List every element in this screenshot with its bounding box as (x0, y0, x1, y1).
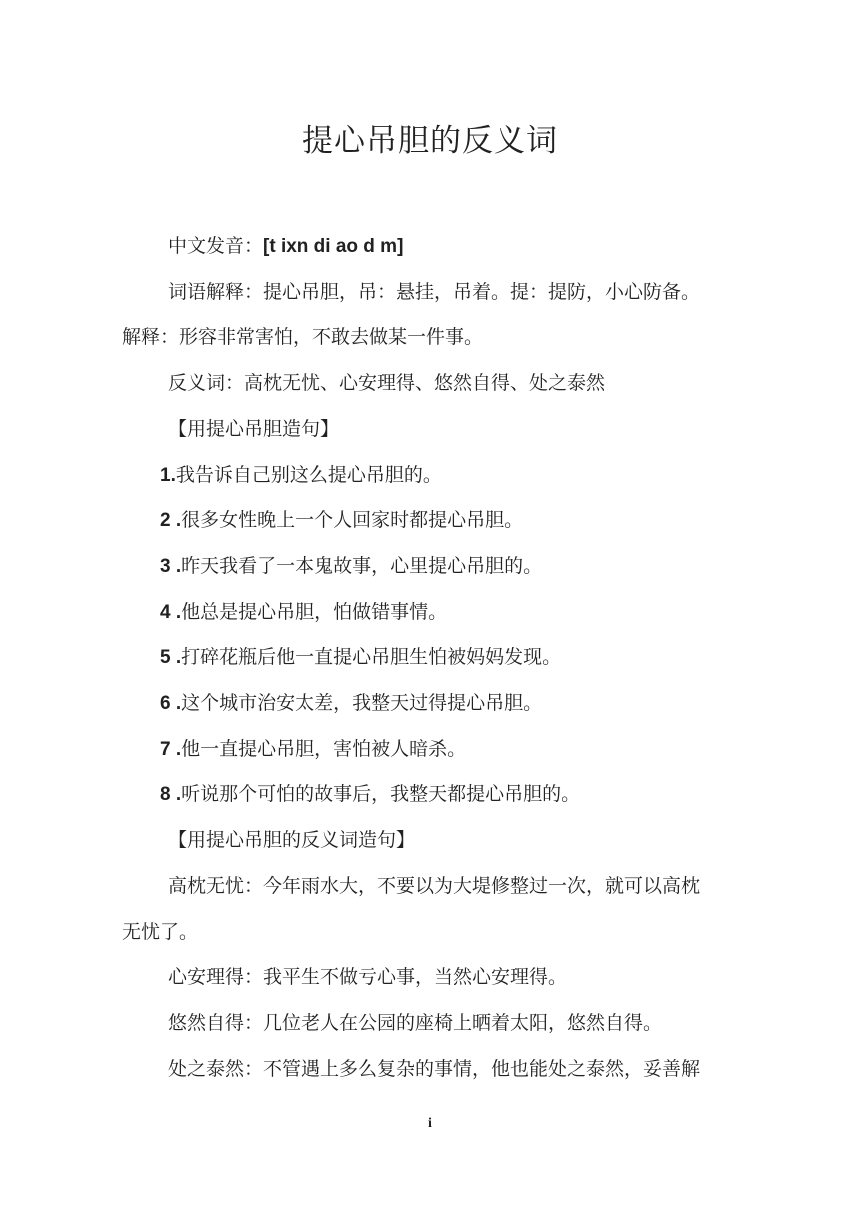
pronunciation-line: 中文发音：[t ixn di ao d m] (122, 224, 700, 270)
example-number: 6 . (160, 693, 181, 714)
antonym-sentence: 悠然自得：几位老人在公园的座椅上晒着太阳，悠然自得。 (122, 1001, 700, 1047)
example-number: 1. (160, 465, 176, 486)
pronunciation-label: 中文发音： (168, 236, 263, 257)
antonyms-line: 反义词：高枕无忧、心安理得、悠然自得、处之泰然 (122, 361, 700, 407)
example-sentence: 7 .他一直提心吊胆，害怕被人暗杀。 (122, 727, 700, 773)
example-sentence: 4 .他总是提心吊胆，怕做错事情。 (122, 590, 700, 636)
definition-paragraph: 词语解释：提心吊胆，吊：悬挂，吊着。提：提防，小心防备。 解释：形容非常害怕，不… (122, 270, 700, 361)
antonym-sentence: 心安理得：我平生不做亏心事，当然心安理得。 (122, 955, 700, 1001)
example-text: 他一直提心吊胆，害怕被人暗杀。 (181, 739, 466, 760)
antonym-sentence: 高枕无忧：今年雨水大，不要以为大堤修整过一次，就可以高枕 无忧了。 (122, 864, 700, 955)
example-text: 这个城市治安太差，我整天过得提心吊胆。 (181, 693, 542, 714)
antonym-sentence: 处之泰然：不管遇上多么复杂的事情，他也能处之泰然，妥善解 (122, 1047, 700, 1093)
section-heading-examples: 【用提心吊胆造句】 (122, 407, 700, 453)
example-sentence: 3 .昨天我看了一本鬼故事，心里提心吊胆的。 (122, 544, 700, 590)
document-body: 中文发音：[t ixn di ao d m] 词语解释：提心吊胆，吊：悬挂，吊着… (122, 224, 700, 1092)
example-sentence: 2 .很多女性晚上一个人回家时都提心吊胆。 (122, 498, 700, 544)
section-heading-antonym-examples: 【用提心吊胆的反义词造句】 (122, 818, 700, 864)
example-text: 昨天我看了一本鬼故事，心里提心吊胆的。 (181, 556, 542, 577)
example-number: 5 . (160, 647, 181, 668)
page-title: 提心吊胆的反义词 (0, 118, 860, 164)
example-text: 听说那个可怕的故事后，我整天都提心吊胆的。 (181, 784, 580, 805)
example-text: 他总是提心吊胆，怕做错事情。 (181, 602, 447, 623)
example-sentence: 8 .听说那个可怕的故事后，我整天都提心吊胆的。 (122, 772, 700, 818)
example-sentence: 6 .这个城市治安太差，我整天过得提心吊胆。 (122, 681, 700, 727)
example-text: 很多女性晚上一个人回家时都提心吊胆。 (181, 510, 523, 531)
document-page: 提心吊胆的反义词 中文发音：[t ixn di ao d m] 词语解释：提心吊… (0, 0, 860, 1218)
example-sentence: 5 .打碎花瓶后他一直提心吊胆生怕被妈妈发现。 (122, 635, 700, 681)
example-number: 7 . (160, 739, 181, 760)
example-sentence: 1.我告诉自己别这么提心吊胆的。 (122, 453, 700, 499)
example-number: 4 . (160, 602, 181, 623)
page-number: i (0, 1114, 860, 1134)
example-text: 打碎花瓶后他一直提心吊胆生怕被妈妈发现。 (181, 647, 561, 668)
example-number: 3 . (160, 556, 181, 577)
example-number: 2 . (160, 510, 181, 531)
example-number: 8 . (160, 784, 181, 805)
example-text: 我告诉自己别这么提心吊胆的。 (176, 465, 442, 486)
pronunciation-value: [t ixn di ao d m] (263, 236, 403, 257)
